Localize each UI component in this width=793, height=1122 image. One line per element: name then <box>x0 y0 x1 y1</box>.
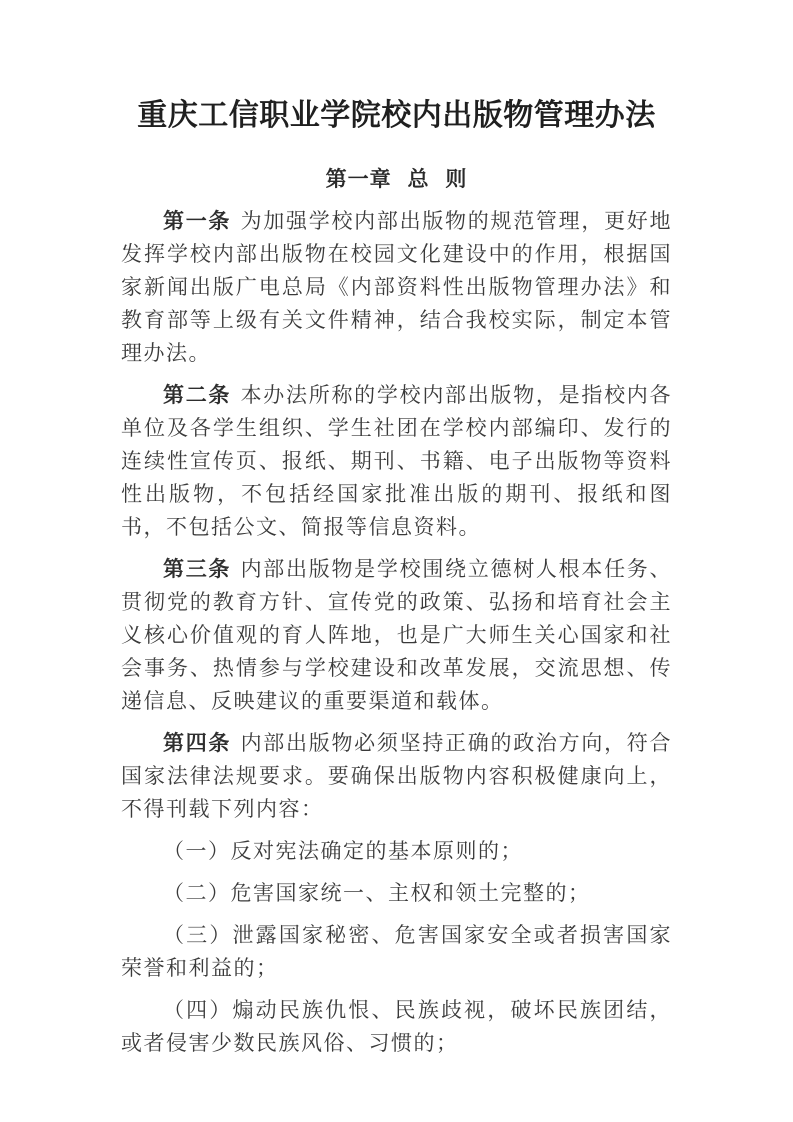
article-4-paragraph: 第四条内部出版物必须坚持正确的政治方向，符合国家法律法规要求。要确保出版物内容积… <box>121 727 672 826</box>
article-4-number: 第四条 <box>163 731 231 755</box>
clause-item-2: （二）危害国家统一、主权和领土完整的； <box>121 877 672 910</box>
document-body: 第一条为加强学校内部出版物的规范管理，更好地发挥学校内部出版物在校园文化建设中的… <box>121 205 672 1060</box>
article-2-number: 第二条 <box>163 383 231 407</box>
clause-item-4: （四）煽动民族仇恨、民族歧视，破坏民族团结，或者侵害少数民族风俗、习惯的； <box>121 994 672 1060</box>
article-1-paragraph: 第一条为加强学校内部出版物的规范管理，更好地发挥学校内部出版物在校园文化建设中的… <box>121 205 672 370</box>
article-2-paragraph: 第二条本办法所称的学校内部出版物，是指校内各单位及各学生组织、学生社团在学校内部… <box>121 379 672 544</box>
document-title: 重庆工信职业学院校内出版物管理办法 <box>121 99 672 133</box>
document-page: 重庆工信职业学院校内出版物管理办法 第一章 总 则 第一条为加强学校内部出版物的… <box>0 0 793 1122</box>
clause-item-1: （一）反对宪法确定的基本原则的； <box>121 835 672 868</box>
article-3-number: 第三条 <box>163 557 231 581</box>
article-3-paragraph: 第三条内部出版物是学校围绕立德树人根本任务、贯彻党的教育方针、宣传党的政策、弘扬… <box>121 553 672 718</box>
chapter-heading: 第一章 总 则 <box>121 169 672 190</box>
clause-item-3: （三）泄露国家秘密、危害国家安全或者损害国家荣誉和利益的； <box>121 919 672 985</box>
article-1-number: 第一条 <box>163 209 231 233</box>
